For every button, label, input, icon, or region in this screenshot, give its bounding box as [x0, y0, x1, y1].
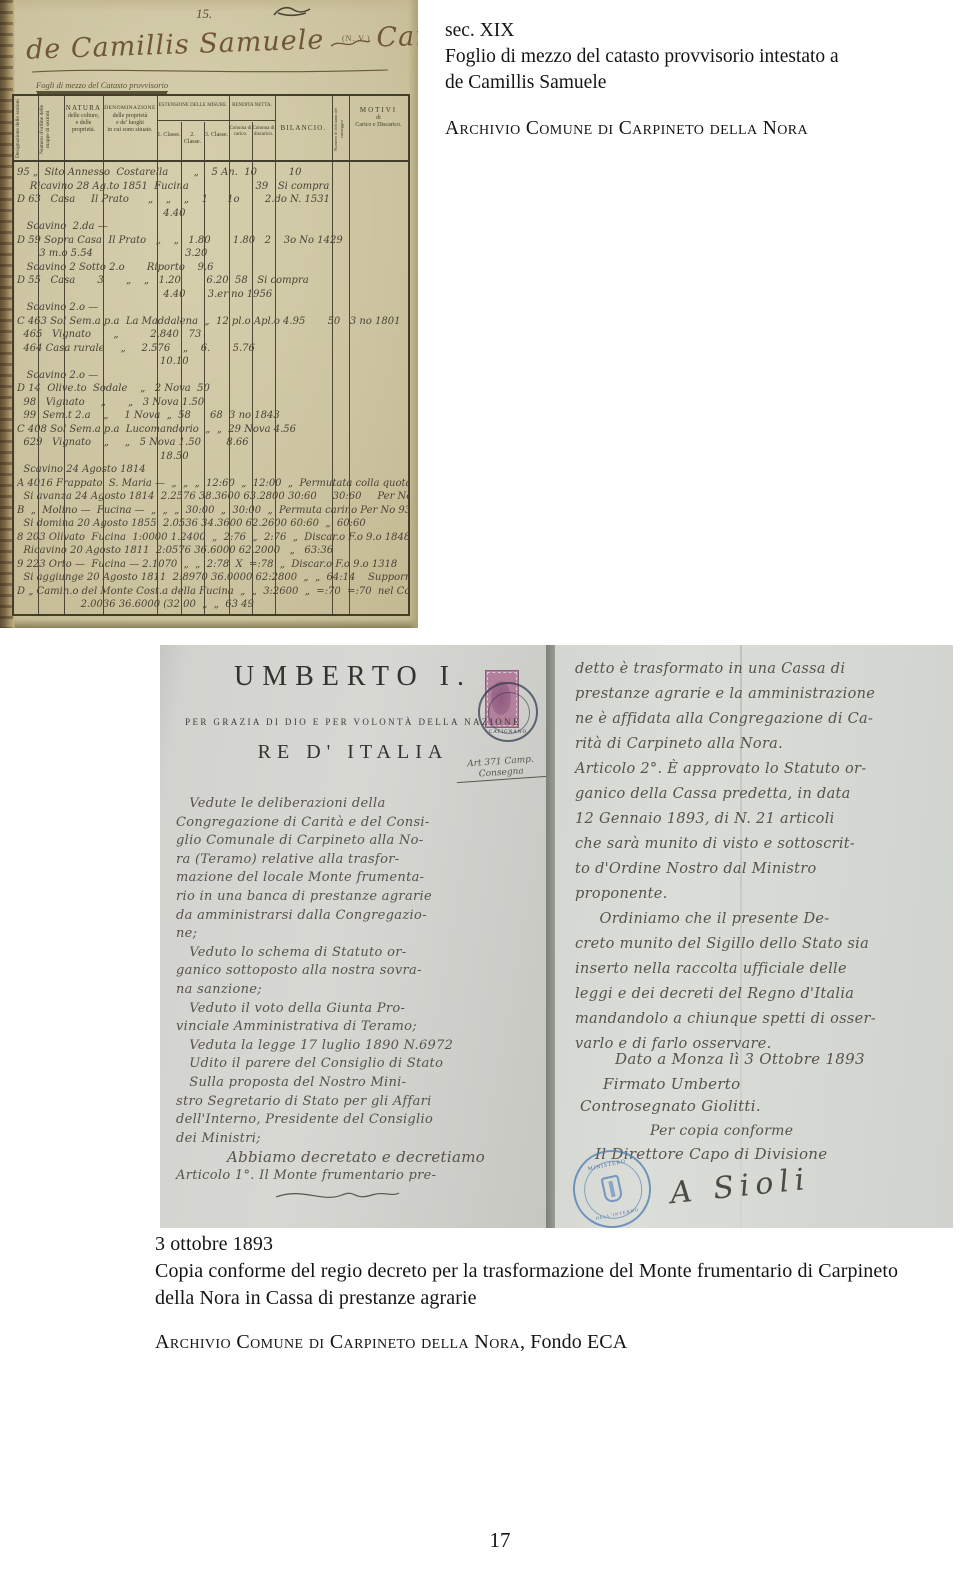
closing-firmato: Firmato Umberto [603, 1075, 740, 1093]
handwriting-line: ne è affidata alla Congregazione di Ca- [575, 707, 945, 732]
catasto-row: Scavino 2.o — [17, 369, 409, 383]
col-numero-ordine: Numero d'ordine delle mappe di sezioni [39, 99, 63, 159]
handwriting-line: mandandolo a chiunque spetti di osser- [575, 1007, 945, 1032]
page-gutter [546, 645, 555, 1228]
catasto-subtitle: Fogli di mezzo del Catasto provvisorio [36, 80, 168, 92]
handwriting-line: Congregazione di Carità e del Consi- [176, 814, 536, 833]
handwriting-line: ganico sottoposto alla nostra sovra- [176, 962, 536, 981]
catasto-row: Si aggiunge 20 Agosto 1811 2:8970 36.000… [17, 571, 409, 585]
col-denominazione: DENOMINAZIONE delle proprietà e de' luog… [103, 104, 157, 134]
page-number: 17 [470, 1528, 530, 1553]
catasto-row: D „ Camin.o del Monte Cost.a della Fucin… [17, 585, 409, 599]
archive-name: Archivio Comune di Carpineto della Nora [155, 1331, 520, 1353]
catasto-row: Ricavino 28 Ag.to 1851 Fucina 39 Si comp… [17, 180, 409, 194]
catasto-row: 2.0036 36.6000 (32.00 „ „ 63 49 [17, 598, 409, 612]
col-motivi: MOTIVI di Carico e Discarico. [349, 106, 408, 129]
col-estensione: ESTENSIONE DELLE MISURE. [157, 102, 229, 109]
catasto-row: D 59 Sopra Casa Il Prato „ „ 1.80 1.80 2… [17, 234, 409, 248]
handwriting-line: Veduto lo schema di Statuto or- [176, 944, 536, 963]
closing-copia: Per copia conforme [650, 1123, 793, 1139]
catasto-row: Scavino 2.da — [17, 220, 409, 234]
scanned-document-page: 15. (N. V.) de Camillis Samuele Carpinet… [0, 0, 960, 1570]
catasto-row: D 14 Olive.to Sodale „ 2 Nova 50 [17, 382, 409, 396]
catasto-row: 3 m.o 5.54 3.20 [17, 247, 409, 261]
handwriting-line: Abbiamo decretato e decretiamo [176, 1148, 536, 1167]
handwriting-line: rio in una banca di prestanze agrarie [176, 888, 536, 907]
top-caption: sec. XIX Foglio di mezzo del catasto pro… [445, 18, 935, 142]
handwriting-line: mazione del locale Monte frumenta- [176, 869, 536, 888]
ink-scribble [272, 4, 312, 20]
catasto-row: 98 Vignato „ „ 3 Nova 1.50 [17, 396, 409, 410]
catasto-row: Scavino 24 Agosto 1814 [17, 463, 409, 477]
decree-right-page: detto è trasformato in una Cassa diprest… [555, 645, 953, 1228]
handwriting-line: Udito il parere del Consiglio di Stato [176, 1055, 536, 1074]
caption-description: Foglio di mezzo del catasto provvisorio … [445, 44, 935, 70]
title-script-place: Carpineto [376, 17, 418, 53]
handwriting-line: Veduto il voto della Giunta Pro- [176, 1000, 536, 1019]
handwriting-line: stro Segretario di Stato per gli Affari [176, 1093, 536, 1112]
handwriting-line: Articolo 2°. È approvato lo Statuto or- [575, 757, 945, 782]
caption-name: de Camillis Samuele [445, 70, 935, 96]
handwriting-line: na sanzione; [176, 981, 536, 1000]
catasto-row: 18.50 [17, 450, 409, 464]
col-rendita-discarico: Colonna di discarico. [252, 126, 275, 138]
caption-line2: della Nora in Cassa di prestanze agrarie [155, 1285, 955, 1312]
decree-subtitle: PER GRAZIA DI DIO E PER VOLONTÀ DELLA NA… [160, 717, 546, 727]
handwriting-line: inserto nella raccolta ufficiale delle [575, 957, 945, 982]
decree-photo: UMBERTO I. CATIGNANO PER GRAZIA DI DIO E… [160, 645, 953, 1228]
catasto-row: 99 Sem.t 2.a „ 1 Nova „ 58 68 3 no 1843 [17, 409, 409, 423]
closing-controsegnato: Controsegnato Giolitti. [580, 1097, 761, 1115]
catasto-photo: 15. (N. V.) de Camillis Samuele Carpinet… [0, 0, 418, 628]
caption-century: sec. XIX [445, 18, 935, 44]
closing-date: Dato a Monza lì 3 Ottobre 1893 [615, 1050, 865, 1068]
handwriting-line: rità di Carpineto alla Nora. [575, 732, 945, 757]
handwriting-line: to d'Ordine Nostro dal Ministro [575, 857, 945, 882]
handwriting-line: leggi e dei decreti del Regno d'Italia [575, 982, 945, 1007]
handwriting-line: prestanze agrarie e la amministrazione [575, 682, 945, 707]
col-rendita: RENDITA NETTA. [229, 102, 275, 109]
handwriting-line: da amministrarsi dalla Congregazio- [176, 907, 536, 926]
catasto-row: A 4016 Frappato S. Maria — „ „ „ 12:60 „… [17, 477, 409, 491]
title-script-name: de Camillis Samuele [26, 24, 325, 65]
closing-flourish [272, 1185, 402, 1205]
catasto-row: 464 Casa rurale „ 2.576 „ 6. 5.76 [17, 342, 409, 356]
archive-attribution: Archivio Comune di Carpineto della Nora,… [155, 1329, 955, 1356]
col-classe-3: 3. Classe. [204, 132, 229, 139]
handwriting-line: detto è trasformato in una Cassa di [575, 657, 945, 682]
catasto-row: D 55 Casa 3 „ „ 1.20 6.20 58 Si compra [17, 274, 409, 288]
catasto-row: Scavino 2 Sotto 2.o Riporto 9.6 [17, 261, 409, 275]
catasto-row: Scavino 2.o — [17, 301, 409, 315]
handwriting-line: Sulla proposta del Nostro Mini- [176, 1074, 536, 1093]
handwriting-line: Veduta la legge 17 luglio 1890 N.6972 [176, 1037, 536, 1056]
catasto-table-header: Designazione delle sezioni Numero d'ordi… [14, 96, 408, 162]
stamp-annotation: Art 371 Camp. Consegna [455, 754, 546, 783]
catasto-row: D 63 Casa Il Prato „ „ „ 1 1o 2.do N. 15… [17, 193, 409, 207]
catasto-row: 4.40 3.er no 1956 [17, 288, 409, 302]
col-natura: NATURA delle colture, e delle proprietà. [64, 104, 103, 134]
catasto-row: 465 Vignato „ 2.840 73 [17, 328, 409, 342]
catasto-row: Ricavino 20 Agosto 1811 2:0576 36.6000 6… [17, 544, 409, 558]
postmark-inner-circle [488, 692, 530, 734]
col-classe-1: 1. Classe. [157, 132, 181, 139]
official-signature: A Sioli [669, 1162, 812, 1212]
catasto-row: Si domina 20 Agosto 1855 2.0536 34.3600 … [17, 517, 409, 531]
handwriting-line: proponente. [575, 882, 945, 907]
catasto-row: Si avanza 24 Agosto 1814 2.2576 38.3600 … [17, 490, 409, 504]
col-rendita-carico: Colonna di carico. [229, 126, 252, 138]
archive-attribution: Archivio Comune di Carpineto della Nora [445, 116, 935, 142]
handwriting-line: Vedute le deliberazioni della [176, 795, 536, 814]
catasto-row: C 463 Sol Sem.a p.a La Maddalena „ 12 pl… [17, 315, 409, 329]
title-underline-flourish [30, 66, 390, 76]
handwriting-line: ganico della Cassa predetta, in data [575, 782, 945, 807]
caption-date: 3 ottobre 1893 [155, 1231, 955, 1258]
handwriting-line: 12 Gennaio 1893, di N. 21 articoli [575, 807, 945, 832]
handwriting-line: Articolo 1°. Il Monte frumentario pre- [176, 1167, 536, 1186]
archive-fondo: , Fondo ECA [520, 1331, 627, 1353]
catasto-row: C 408 Sol Sem.a p.a Lucomandorio „ „ 29 … [17, 423, 409, 437]
handwriting-line: glio Comunale di Carpineto alla No- [176, 832, 536, 851]
handwriting-line: ra (Teramo) relative alla trasfor- [176, 851, 536, 870]
catasto-row: B „ Molino — Fucina — „ „ „ 30:00 „ 30:0… [17, 504, 409, 518]
col-classe-2: 2. Classe. [181, 132, 204, 146]
caption-line1: Copia conforme del regio decreto per la … [155, 1258, 955, 1285]
catasto-handwritten-rows: 95 „ Sito Annesso Costarella „ 5 An. 10 … [17, 166, 409, 612]
handwriting-line: Ordiniamo che il presente De- [575, 907, 945, 932]
catasto-row: 629 Vignato „ „ 5 Nova 1.50 8.66 [17, 436, 409, 450]
catasto-row: 95 „ Sito Annesso Costarella „ 5 An. 10 … [17, 166, 409, 180]
handwriting-line: vinciale Amministrativa di Teramo; [176, 1018, 536, 1037]
handwriting-line: che sarà munito di visto e sottoscrit- [575, 832, 945, 857]
col-designazione: Designazione delle sezioni [15, 99, 37, 159]
decree-left-page: UMBERTO I. CATIGNANO PER GRAZIA DI DIO E… [160, 645, 546, 1228]
catasto-row: 8 203 Olivato Fucina 1:0000 1.2400 „ 2:7… [17, 531, 409, 545]
catasto-row: 10.10 [17, 355, 409, 369]
catasto-row: 9 223 Orto — Fucina — 2.1070 „ „ 2:78 X … [17, 558, 409, 572]
catasto-row: 4.40 [17, 207, 409, 221]
col-bilancio: BILANCIO. [275, 124, 332, 133]
handwriting-line: dei Ministri; [176, 1130, 536, 1149]
folio-number: 15. [196, 6, 212, 22]
handwriting-line: dell'Interno, Presidente del Consiglio [176, 1111, 536, 1130]
postmark-circle: CATIGNANO [478, 682, 538, 742]
bottom-caption: 3 ottobre 1893 Copia conforme del regio … [155, 1231, 955, 1356]
catasto-title-script: de Camillis Samuele Carpineto [26, 21, 415, 66]
postmark-text: CATIGNANO [480, 730, 536, 735]
decree-right-handwriting: detto è trasformato in una Cassa diprest… [575, 657, 945, 1057]
catasto-table: Designazione delle sezioni Numero d'ordi… [12, 94, 410, 616]
col-richiamo: Numero di richiamo del conteggio [333, 99, 348, 159]
decree-left-handwriting: Vedute le deliberazioni dellaCongregazio… [176, 795, 536, 1185]
handwriting-line: ne; [176, 925, 536, 944]
handwriting-line: creto munito del Sigillo dello Stato sia [575, 932, 945, 957]
